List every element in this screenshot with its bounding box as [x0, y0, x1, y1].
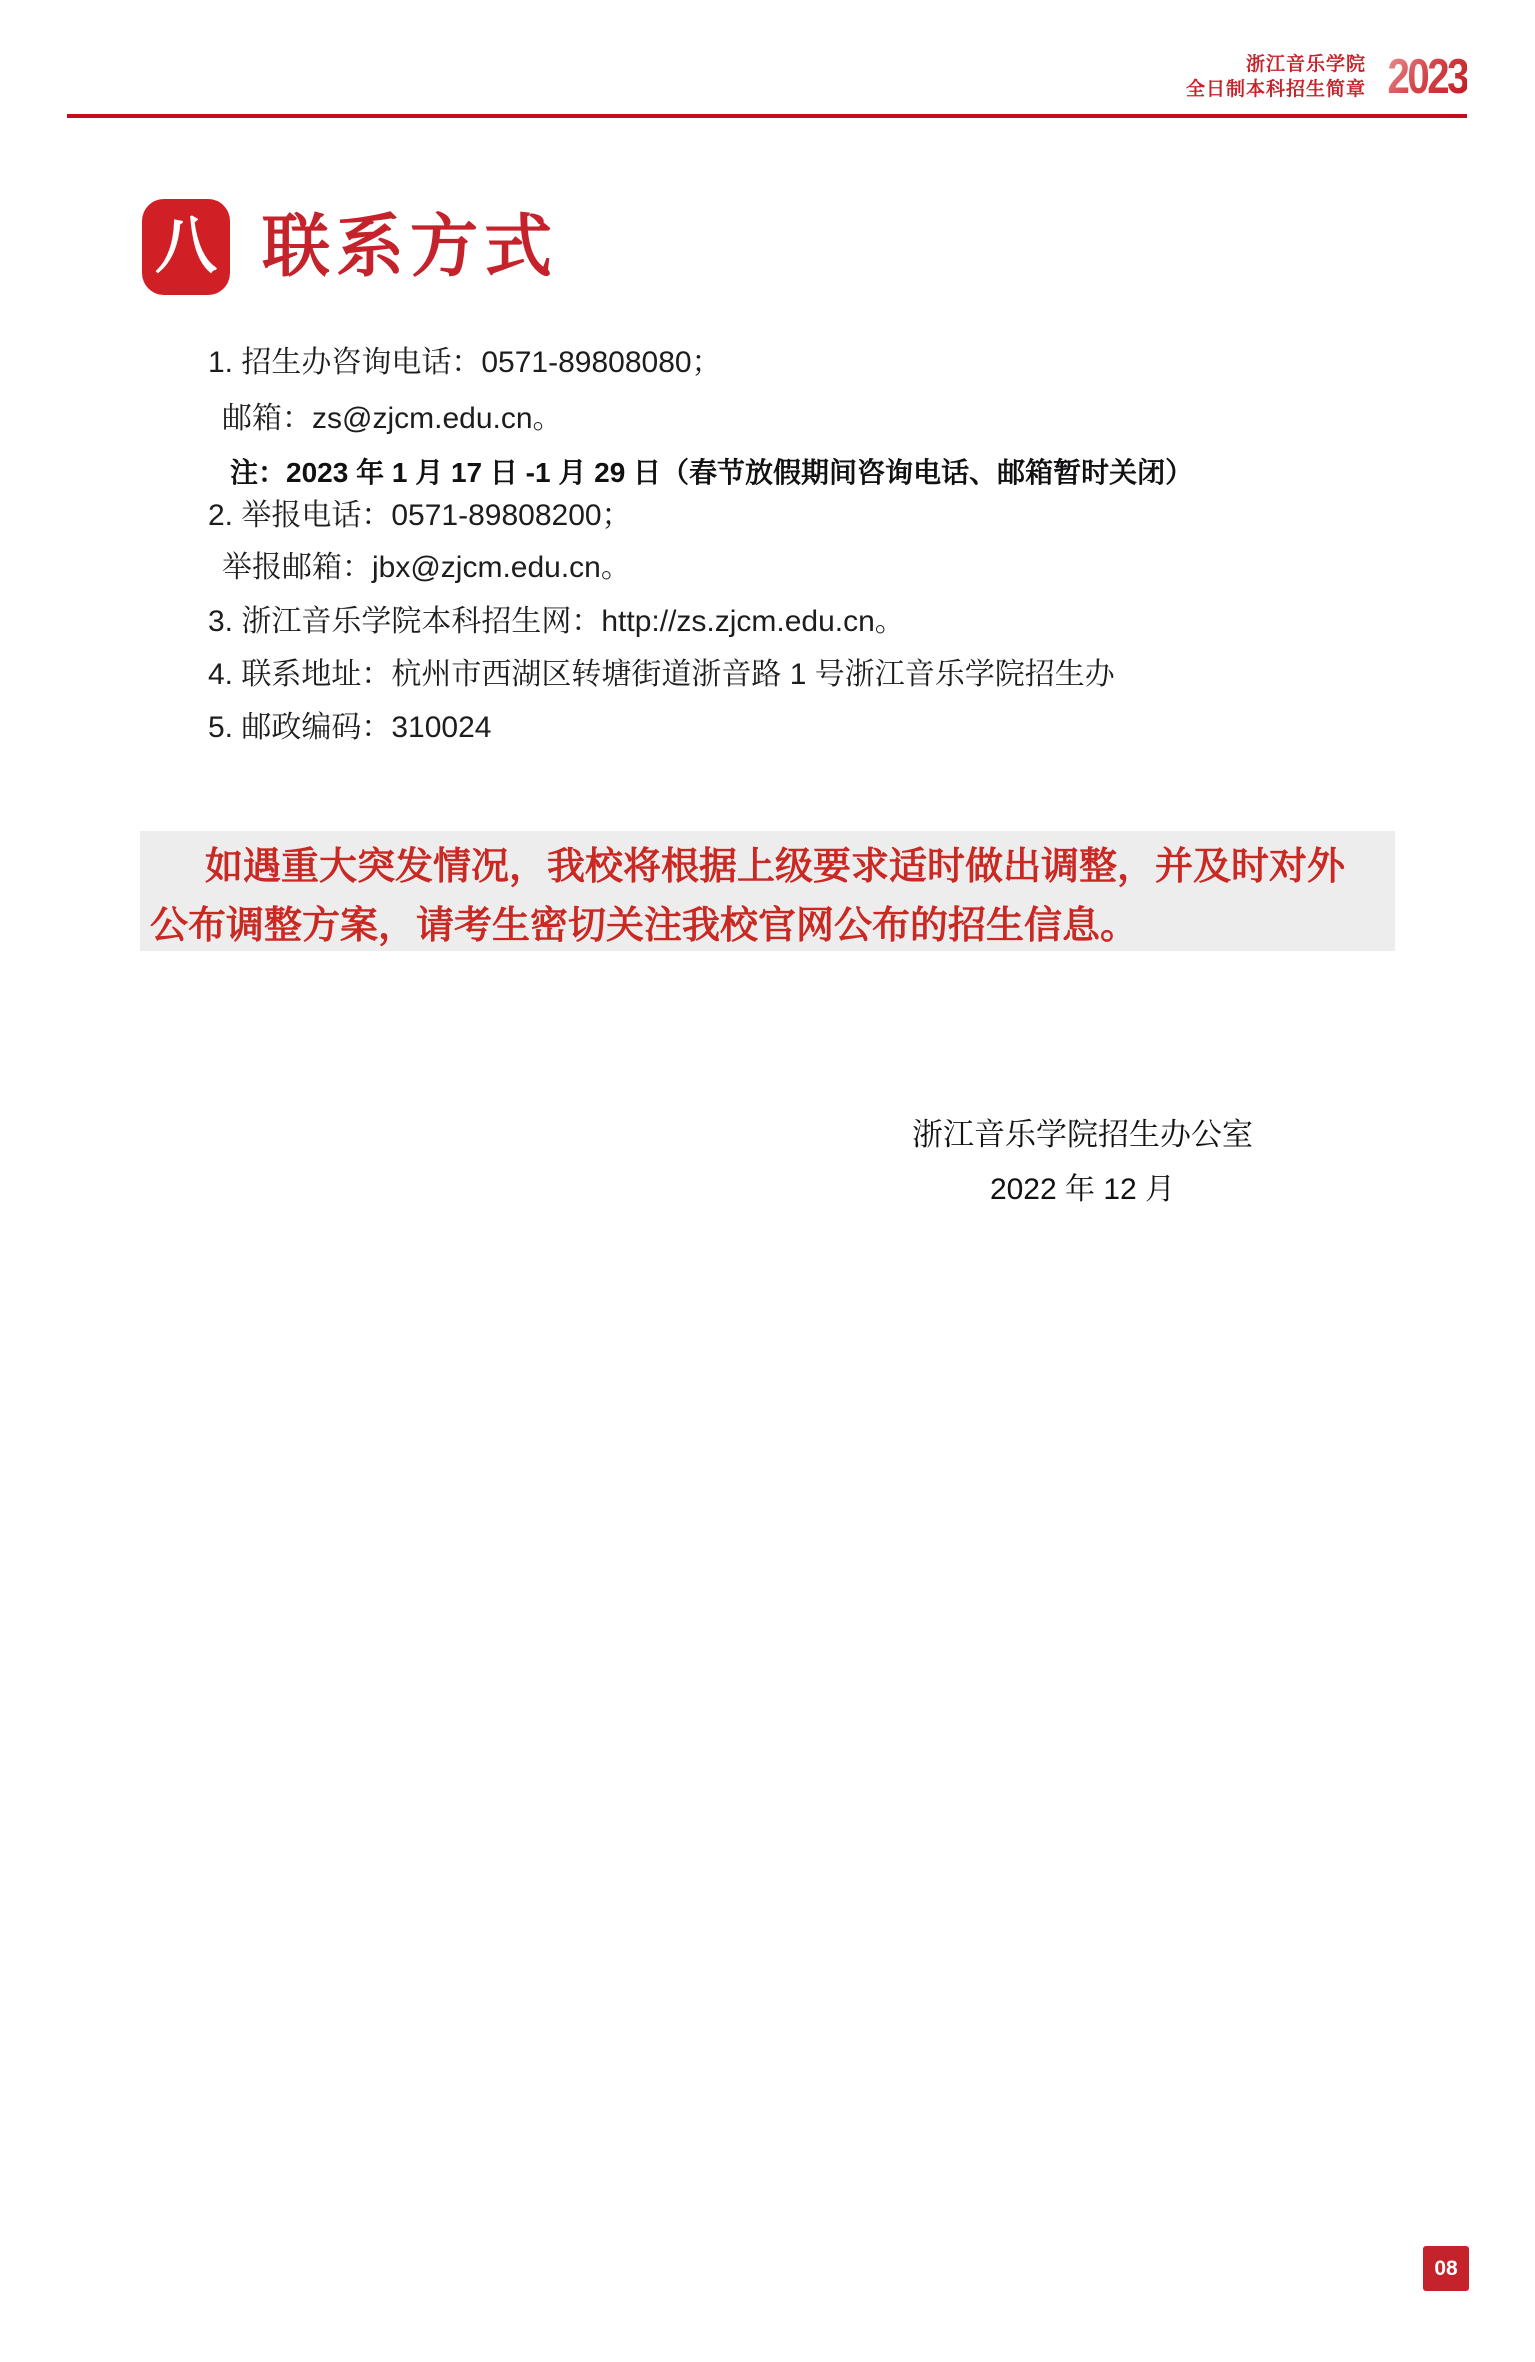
brochure-name: 全日制本科招生简章: [1186, 77, 1366, 102]
signature-block: 浙江音乐学院招生办公室 2022 年 12 月: [860, 1118, 1305, 1207]
emergency-notice-box: 如遇重大突发情况，我校将根据上级要求适时做出调整，并及时对外 公布调整方案，请考…: [140, 831, 1395, 951]
contact-item-address: 4. 联系地址：杭州市西湖区转塘街道浙音路 1 号浙江音乐学院招生办: [208, 658, 1115, 692]
brochure-title: 浙江音乐学院 全日制本科招生简章: [1186, 52, 1366, 102]
section-title: 联系方式: [262, 199, 558, 295]
contact-item-website: 3. 浙江音乐学院本科招生网：http://zs.zjcm.edu.cn。: [208, 605, 905, 639]
notice-line-2: 公布调整方案，请考生密切关注我校官网公布的招生信息。: [150, 897, 1395, 956]
header-divider-rule: [67, 114, 1467, 118]
signature-date: 2022 年 12 月: [860, 1173, 1305, 1207]
section-number: 八: [155, 216, 217, 278]
contact-item-phone: 1. 招生办咨询电话：0571-89808080；: [208, 346, 722, 380]
document-header: 浙江音乐学院 全日制本科招生简章 2023: [1186, 52, 1467, 102]
contact-item-postcode: 5. 邮政编码：310024: [208, 711, 491, 745]
contact-item-holiday-note: 注：2023 年 1 月 17 日 -1 月 29 日（春节放假期间咨询电话、邮…: [230, 456, 1193, 490]
brochure-year: 2023: [1387, 56, 1467, 98]
contact-item-report-email: 举报邮箱：jbx@zjcm.edu.cn。: [222, 551, 631, 585]
section-heading: 八 联系方式: [142, 199, 558, 295]
notice-line-1: 如遇重大突发情况，我校将根据上级要求适时做出调整，并及时对外: [205, 838, 1395, 897]
signature-organization: 浙江音乐学院招生办公室: [860, 1118, 1305, 1152]
section-number-badge: 八: [142, 199, 230, 295]
page-number: 08: [1434, 2257, 1457, 2281]
contact-item-report-phone: 2. 举报电话：0571-89808200；: [208, 499, 632, 533]
school-name: 浙江音乐学院: [1186, 52, 1366, 77]
contact-item-email: 邮箱：zs@zjcm.edu.cn。: [222, 402, 563, 436]
page-number-badge: 08: [1423, 2246, 1469, 2291]
document-page: 浙江音乐学院 全日制本科招生简章 2023 八 联系方式 1. 招生办咨询电话：…: [0, 0, 1535, 2362]
